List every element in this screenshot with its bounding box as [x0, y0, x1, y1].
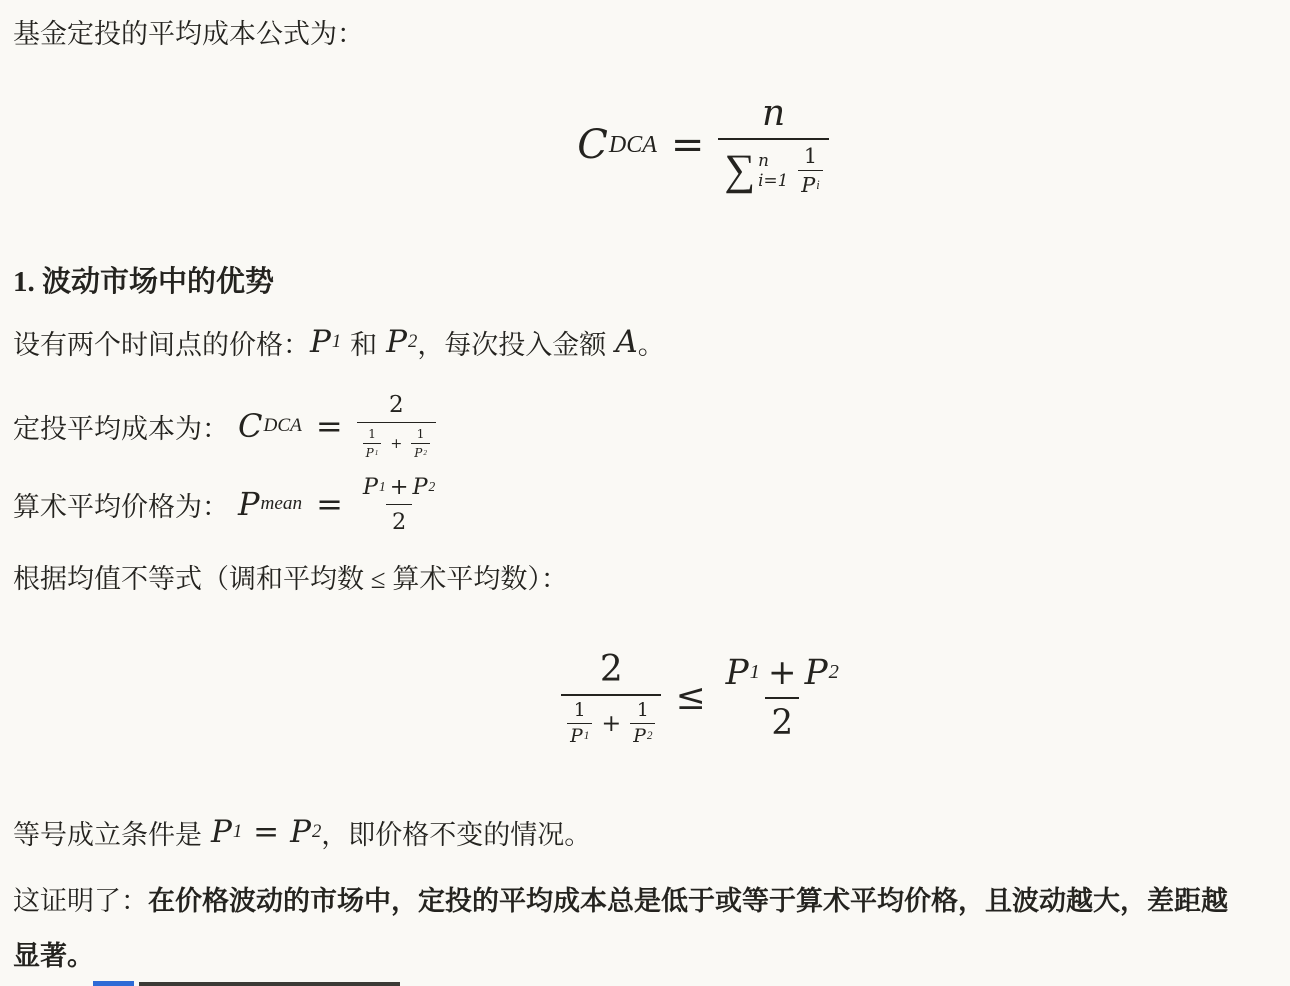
- var-P: P: [805, 653, 828, 693]
- var-P: P: [211, 814, 232, 850]
- section-heading-label: 1. 波动市场中的优势: [13, 259, 274, 300]
- num-1: 1: [804, 144, 817, 168]
- num-2: 2: [600, 649, 623, 690]
- section-heading: 1. 波动市场中的优势: [13, 257, 274, 301]
- fraction-one-over-P2: 1 P2: [630, 700, 655, 747]
- sum-lower-limit: i=1: [758, 170, 788, 191]
- sub-dca: DCA: [609, 132, 657, 159]
- dca-cost-line: 定投平均成本为： CDCA = 2 1 P1 + 1 P2: [13, 390, 436, 462]
- fraction: n ∑ n i=1 1 Pi: [718, 93, 828, 197]
- var-n: n: [762, 93, 785, 134]
- dca-label: 定投平均成本为：: [13, 407, 229, 446]
- fraction-one-over-P1: 1 P1: [363, 427, 382, 460]
- sub-1: 1: [379, 479, 386, 495]
- fraction-arithmetic: P1+P2 2: [720, 653, 845, 743]
- num-2: 2: [389, 392, 404, 418]
- sub-1: 1: [750, 661, 760, 684]
- equality-condition-line: 等号成立条件是 P1 = P2 ，即价格不变的情况。: [13, 808, 591, 856]
- fraction-numerator: 1: [634, 700, 652, 723]
- sub-2: 2: [312, 821, 321, 843]
- var-P: P: [412, 474, 427, 500]
- sub-i: i: [816, 178, 819, 193]
- operator-plus: +: [390, 474, 409, 500]
- fraction-denominator: 1 P1 + 1 P2: [561, 694, 661, 747]
- sub-mean: mean: [261, 493, 303, 515]
- operator-plus: +: [768, 653, 797, 693]
- sub-2: 2: [408, 331, 417, 353]
- fraction-numerator: 1: [801, 144, 820, 170]
- sum-icon: ∑: [724, 149, 755, 192]
- var-P: P: [290, 814, 311, 850]
- fraction-numerator: P1+P2: [357, 474, 441, 504]
- var-P: P: [238, 485, 260, 523]
- setup-before: 设有两个时间点的价格：: [13, 323, 310, 362]
- conclusion-bold-text: 在价格波动的市场中，定投的平均成本总是低于或等于算术平均价格，且波动越大，差距越…: [13, 886, 1228, 971]
- var-P: P: [801, 173, 815, 197]
- num-2: 2: [392, 509, 406, 535]
- document: { "page": { "background": "#FAF9F5", "te…: [0, 0, 1290, 986]
- operator-plus: +: [390, 436, 402, 452]
- operator-plus: +: [601, 709, 621, 737]
- operator-equals: =: [671, 122, 705, 168]
- inequality-intro-label: 根据均值不等式（调和平均数 ≤ 算术平均数）：: [13, 557, 568, 596]
- sub-dca: DCA: [263, 415, 301, 437]
- num-1: 1: [637, 700, 649, 721]
- fraction-denominator: P1: [363, 443, 382, 460]
- mean-price-line: 算术平均价格为： Pmean = P1+P2 2: [13, 474, 441, 534]
- fraction-denominator: P2: [411, 443, 430, 460]
- summation: ∑ n i=1: [724, 149, 788, 192]
- sub-2: 2: [647, 730, 653, 742]
- setup-end: 。: [638, 323, 665, 362]
- sub-2: 2: [829, 661, 839, 684]
- cutoff-next-line-blue-fragment: [93, 981, 134, 986]
- fraction-denominator: 2: [386, 504, 412, 535]
- fraction-numerator: 1: [571, 700, 589, 723]
- sum-limits: n i=1: [758, 150, 788, 192]
- fraction-one-over-Pi: 1 Pi: [798, 144, 822, 197]
- formula-inline-dca: CDCA = 2 1 P1 + 1 P2: [238, 392, 436, 460]
- fraction-one-over-P2: 1 P2: [411, 427, 430, 460]
- var-P: P: [310, 324, 331, 360]
- var-P: P: [363, 474, 378, 500]
- fraction-numerator: 2: [383, 392, 410, 422]
- conclusion-prefix: 这证明了：: [13, 886, 148, 916]
- inequality-intro-line: 根据均值不等式（调和平均数 ≤ 算术平均数）：: [13, 554, 568, 598]
- fraction: 2 1 P1 + 1 P2: [357, 392, 436, 460]
- operator-equals: =: [316, 407, 343, 445]
- num-1: 1: [368, 427, 376, 441]
- num-1: 1: [574, 700, 586, 721]
- var-P: P: [366, 446, 374, 460]
- math-P1-equals-P2: P1 = P2: [211, 814, 321, 850]
- var-P: P: [570, 726, 583, 747]
- cutoff-next-line-text-fragment: [139, 982, 400, 986]
- formula-display-inequality: 2 1 P1 + 1 P2 ≤ P1+P2 2: [13, 640, 1290, 755]
- setup-and: 和: [350, 323, 377, 362]
- sub-1: 1: [584, 730, 590, 742]
- fraction: P1+P2 2: [357, 474, 441, 535]
- sub-2: 2: [429, 479, 436, 495]
- setup-mid: ，每次投入金额: [417, 323, 606, 362]
- fraction-numerator: 1: [365, 427, 379, 443]
- sum-upper-limit: n: [758, 150, 769, 171]
- fraction-numerator: 2: [594, 649, 629, 694]
- fraction-denominator: ∑ n i=1 1 Pi: [718, 138, 828, 197]
- fraction-one-over-P1: 1 P1: [567, 700, 592, 747]
- sub-1: 1: [332, 331, 341, 353]
- fraction-denominator: Pi: [798, 170, 822, 197]
- fraction-denominator: P1: [567, 723, 592, 747]
- mean-label: 算术平均价格为：: [13, 485, 229, 524]
- sub-1: 1: [233, 821, 242, 843]
- var-P: P: [726, 653, 749, 693]
- var-P: P: [633, 726, 646, 747]
- setup-paragraph: 设有两个时间点的价格： P1 和 P2 ，每次投入金额 A 。: [13, 318, 665, 366]
- sub-1: 1: [375, 449, 379, 457]
- fraction-numerator: n: [756, 93, 791, 138]
- fraction-denominator: 1 P1 + 1 P2: [357, 422, 436, 460]
- fraction-numerator: P1+P2: [720, 653, 845, 697]
- fraction-numerator: 1: [414, 427, 428, 443]
- fraction-harmonic: 2 1 P1 + 1 P2: [561, 649, 661, 747]
- conclusion-paragraph: 这证明了：在价格波动的市场中，定投的平均成本总是低于或等于算术平均价格，且波动越…: [13, 874, 1245, 984]
- math-A: A: [615, 324, 637, 360]
- formula-display-dca-general: CDCA = n ∑ n i=1 1 Pi: [13, 90, 1290, 200]
- intro-text: 基金定投的平均成本公式为：: [13, 9, 364, 53]
- var-A: A: [615, 324, 637, 360]
- fraction-denominator: 2: [765, 697, 799, 743]
- math-P1: P1: [310, 324, 341, 360]
- var-P: P: [386, 324, 407, 360]
- num-1: 1: [417, 427, 425, 441]
- operator-leq: ≤: [675, 677, 705, 718]
- var-P: P: [414, 446, 422, 460]
- var-C: C: [577, 122, 608, 168]
- intro-label: 基金定投的平均成本公式为：: [13, 12, 364, 51]
- formula-inline-mean: Pmean = P1+P2 2: [238, 474, 441, 535]
- equality-before: 等号成立条件是: [13, 813, 202, 852]
- sub-2: 2: [423, 449, 427, 457]
- equality-after: ，即价格不变的情况。: [321, 813, 591, 852]
- var-C: C: [238, 407, 262, 445]
- math-P2: P2: [386, 324, 417, 360]
- operator-equals: =: [253, 814, 279, 850]
- num-2: 2: [771, 703, 793, 743]
- operator-equals: =: [316, 485, 343, 523]
- fraction-denominator: P2: [630, 723, 655, 747]
